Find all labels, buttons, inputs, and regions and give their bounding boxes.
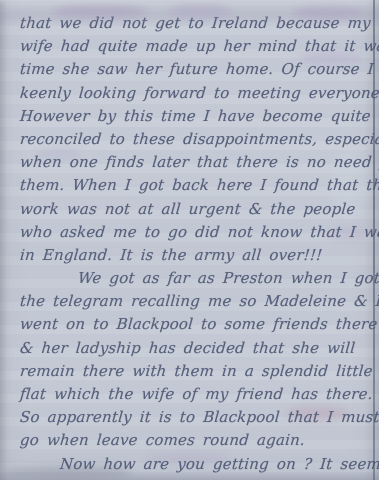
letter-line: go when leave comes round again. bbox=[0, 429, 379, 452]
letter-line: However by this time I have become quite bbox=[0, 105, 379, 128]
letter-line: them. When I got back here I found that … bbox=[0, 174, 379, 197]
letter-line: the telegram recalling me so Madeleine &… bbox=[0, 290, 379, 313]
letter-line: reconciled to these disappointments, esp… bbox=[0, 128, 379, 151]
letter-line: keenly looking forward to meeting everyo… bbox=[0, 82, 379, 105]
letter-line: went on to Blackpool to some friends the… bbox=[0, 313, 379, 336]
letter-line: wife had quite made up her mind that it … bbox=[0, 35, 379, 58]
letter-line: So apparently it is to Blackpool that I … bbox=[0, 406, 379, 429]
letter-line: when one finds later that there is no ne… bbox=[0, 151, 379, 174]
letter-line-paragraph-start: Now how are you getting on ? It seems bbox=[0, 453, 379, 476]
letter-line: time she saw her future home. Of course … bbox=[0, 58, 379, 81]
letter-line-paragraph-start: We got as far as Preston when I got bbox=[0, 267, 379, 290]
letter-line: work was not at all urgent & the people bbox=[0, 198, 379, 221]
letter-line: that we did not get to Ireland because m… bbox=[0, 12, 379, 35]
letter-line: in England. It is the army all over!!! bbox=[0, 244, 379, 267]
handwritten-letter-text: that we did not get to Ireland because m… bbox=[0, 12, 379, 476]
letter-line: who asked me to go did not know that I w… bbox=[0, 221, 379, 244]
letter-line: & her ladyship has decided that she will bbox=[0, 337, 379, 360]
letter-page: that we did not get to Ireland because m… bbox=[0, 0, 379, 480]
letter-line: remain there with them in a splendid lit… bbox=[0, 360, 379, 383]
letter-line: flat which the wife of my friend has the… bbox=[0, 383, 379, 406]
